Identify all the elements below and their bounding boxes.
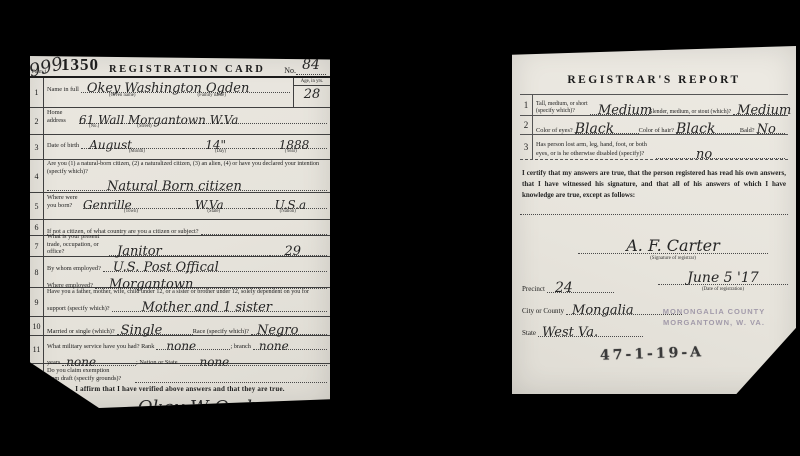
row-number: 7 — [30, 236, 44, 256]
birthplace-town-fill: Genrille — [83, 196, 179, 209]
row-number: 8 — [30, 257, 44, 287]
signature-row: 999 Okey W Ogden (Signature or mark) — [30, 393, 330, 415]
row-date-of-birth: 3 Date of birth August 14" 1888 (Month) … — [30, 135, 330, 160]
row-number: 6 — [30, 220, 44, 235]
registrant-signature: Okey W Ogden — [138, 397, 274, 418]
dob-month-value: August — [81, 139, 132, 151]
foreign-citizen-fill — [201, 234, 327, 235]
dependents-value: Mother and 1 sister — [112, 301, 272, 314]
row-number: 12 — [30, 364, 44, 383]
eyes-value: Black — [575, 122, 614, 136]
bald-label: Bald? — [740, 127, 757, 134]
row-disability: 3 Has person lost arm, leg, hand, foot, … — [520, 135, 788, 160]
dependents-label: Have you a father, mother, wife, child u… — [47, 289, 327, 297]
registrar-signature-line: A. F. Carter (Signature of registrar) — [578, 235, 768, 254]
row-disability-body: Has person lost arm, leg, hand, foot, or… — [533, 135, 788, 159]
dob-year-fill: 1888 — [253, 136, 327, 149]
row-dependents: 9 Have you a father, mother, wife, child… — [30, 288, 330, 317]
citizenship-label: Are you (1) a natural-born citizen, (2) … — [47, 161, 327, 176]
row-birthplace: 5 Where were you born? Genrille W.Va U.S… — [30, 193, 330, 220]
row-military-service-body: What military service have you had? Rank… — [44, 336, 330, 363]
trade-label: What is your present trade, occupation, … — [47, 233, 109, 256]
disability-fill: no — [656, 145, 785, 159]
eyes-fill: Black — [575, 119, 639, 134]
birthplace-label: Where were you born? — [47, 194, 83, 209]
row-trade: 7 What is your present trade, occupation… — [30, 236, 330, 257]
dependents-fill: Mother and 1 sister — [112, 298, 327, 312]
trade-fill: Janitor — [109, 242, 270, 256]
birthplace-state-fill: W.Va — [179, 196, 249, 209]
row-build: 1 Tall, medium, or short (specify which)… — [520, 95, 788, 116]
row-number: 3 — [30, 135, 44, 159]
row-date-of-birth-body: Date of birth August 14" 1888 (Month) (D… — [44, 135, 330, 159]
disability-value: no — [656, 148, 712, 161]
row-dependents-body: Have you a father, mother, wife, child u… — [44, 288, 330, 316]
row-home-address: 2 Home address 61 Wall Morgantown W.Va (… — [30, 108, 330, 135]
row-eyes-hair-body: Color of eyes? Black Color of hair? Blac… — [533, 116, 788, 134]
military-branch-label: ; branch — [230, 343, 252, 350]
citizenship-value: Natural Born citizen — [47, 180, 242, 193]
state-value: West Va. — [538, 326, 598, 339]
age-label: Age, in yrs. — [294, 78, 330, 86]
signature-line: Okey W Ogden (Signature or mark) — [88, 395, 324, 415]
stock-number: 1350 — [61, 55, 99, 75]
employer-fill: U.S. Post Offical — [103, 258, 327, 272]
row-eyes-hair: 2 Color of eyes? Black Color of hair? Bl… — [520, 116, 788, 135]
row-number: 1 — [30, 78, 44, 107]
eyes-label: Color of eyes? — [536, 127, 575, 134]
birthplace-town-value: Genrille — [83, 199, 132, 211]
county-stamp-line1: MONONGALIA COUNTY — [663, 307, 766, 316]
name-fill: Okey Washington Ogden — [81, 79, 290, 93]
trade-fill-2: 29 — [270, 242, 327, 256]
row-number: 1 — [520, 95, 533, 115]
height-label: Tall, medium, or short (specify which)? — [536, 101, 590, 115]
affirmation-text: I affirm that I have verified above answ… — [30, 383, 330, 393]
precinct-fill: 24 — [547, 278, 615, 293]
name-value: Okey Washington Ogden — [81, 82, 250, 95]
row-number: 4 — [30, 160, 44, 192]
build-fill: Medium — [733, 101, 785, 115]
employer-label: By whom employed? — [47, 265, 103, 272]
row-exemption: 12 Do you claim exemptionfrom draft (spe… — [30, 364, 330, 383]
city-county-label: City or County — [522, 307, 566, 315]
row-military-service: 11 What military service have you had? R… — [30, 336, 330, 364]
city-county-value: Mongalia — [566, 304, 634, 317]
hair-fill: Black — [676, 119, 740, 134]
citizenship-fill: Natural Born citizen — [47, 177, 327, 191]
race-label: Race (specify which)? — [193, 328, 251, 335]
row-citizenship: 4 Are you (1) a natural-born citizen, (2… — [30, 160, 330, 193]
dob-year-value: 1888 — [253, 139, 310, 151]
registrars-report-title: REGISTRAR'S REPORT — [512, 74, 796, 86]
age-box: Age, in yrs. 28 — [293, 78, 330, 107]
precinct-label: Precinct — [522, 285, 547, 293]
dob-label: Date of birth — [47, 142, 81, 149]
row-name-body: Name in full Okey Washington Ogden (Give… — [44, 78, 293, 107]
certification-text: I certify that my answers are true, that… — [522, 168, 786, 201]
row-build-body: Tall, medium, or short (specify which)? … — [533, 95, 788, 115]
name-label: Name in full — [47, 86, 81, 93]
hair-label: Color of hair? — [639, 127, 676, 134]
height-fill: Medium — [590, 101, 649, 115]
registrars-report-rows: 1 Tall, medium, or short (specify which)… — [520, 94, 788, 160]
card-no-value-wrap: 84 — [296, 56, 326, 75]
exemption-label: Do you claim exemptionfrom draft (specif… — [47, 367, 135, 383]
registration-date-value: June 5 '17 — [687, 270, 758, 286]
row-number: 3 — [520, 135, 533, 159]
precinct-value: 24 — [547, 281, 573, 295]
dob-day-value: 14" — [183, 139, 226, 151]
row-number: 5 — [30, 193, 44, 219]
home-address-label: Home address — [47, 109, 79, 124]
row-number: 2 — [520, 116, 533, 134]
age-value: 28 — [294, 88, 330, 101]
date-of-registration-line: June 5 '17 (Date of registration) — [658, 266, 788, 285]
row-home-address-body: Home address 61 Wall Morgantown W.Va (No… — [44, 108, 330, 134]
signature-caption: (Signature or mark) — [88, 416, 324, 421]
dob-month-fill: August — [81, 136, 183, 149]
report-bottom-section: Precinct 24 City or County Mongalia Stat… — [512, 258, 796, 378]
home-address-value: 61 Wall Morgantown W.Va — [79, 114, 238, 126]
county-stamp: MONONGALIA COUNTY MORGANTOWN, W. VA. — [634, 306, 794, 329]
except-as-follows-blank-line — [520, 213, 788, 215]
row-married-race: 10 Married or single (which)? Single Rac… — [30, 317, 330, 336]
military-branch-fill: none — [253, 337, 327, 350]
row-married-race-body: Married or single (which)? Single Race (… — [44, 317, 330, 335]
row-employer-body: By whom employed? U.S. Post Offical Wher… — [44, 257, 330, 287]
height-value: Medium — [590, 104, 652, 117]
military-rank-label: What military service have you had? Rank — [47, 343, 156, 350]
row-employer: 8 By whom employed? U.S. Post Offical Wh… — [30, 257, 330, 288]
printed-serial-number: 999 — [48, 397, 78, 415]
dob-day-fill: 14" — [183, 136, 253, 149]
where-employed-fill: Morgantown — [95, 275, 327, 289]
row-exemption-body: Do you claim exemptionfrom draft (specif… — [44, 364, 330, 383]
file-code-stamp: 47-1-19-A — [600, 344, 704, 364]
card-no-label: No. — [284, 66, 296, 75]
registration-card-header: Form 1 1350 REGISTRATION CARD No. 84 — [30, 56, 330, 78]
military-rank-value: none — [156, 340, 196, 352]
exemption-fill — [135, 382, 327, 383]
build-value: Medium — [733, 104, 791, 117]
card-no-value: 84 — [302, 57, 320, 73]
state-label: State — [522, 329, 538, 337]
registration-card: 999 Form 1 1350 REGISTRATION CARD No. 84… — [30, 56, 330, 408]
disability-label: Has person lost arm, leg, hand, foot, or… — [536, 141, 656, 159]
row-number: 2 — [30, 108, 44, 134]
row-number: 9 — [30, 288, 44, 316]
row-trade-body: What is your present trade, occupation, … — [44, 236, 330, 256]
county-stamp-line2: MORGANTOWN, W. VA. — [663, 318, 765, 327]
bald-fill: No — [757, 120, 785, 134]
married-label: Married or single (which)? — [47, 328, 117, 335]
hair-value: Black — [676, 122, 715, 136]
birthplace-state-value: W.Va — [179, 199, 224, 211]
birthplace-nation-value: U.S.a — [249, 199, 307, 211]
registration-date-caption: (Date of registration) — [658, 287, 788, 292]
row-name: 1 Name in full Okey Washington Ogden (Gi… — [30, 78, 330, 108]
military-rank-fill: none — [156, 337, 230, 350]
registrar-signature: A. F. Carter — [626, 236, 719, 255]
build-label: Slender, medium, or stout (which)? — [649, 109, 733, 115]
row-number: 10 — [30, 317, 44, 335]
military-branch-value: none — [253, 340, 289, 352]
birthplace-nation-fill: U.S.a — [249, 196, 327, 209]
employer-value: U.S. Post Offical — [103, 261, 219, 274]
bald-value: No — [757, 123, 776, 136]
row-birthplace-body: Where were you born? Genrille W.Va U.S.a… — [44, 193, 330, 219]
dependents-label-2: support (specify which)? — [47, 305, 112, 312]
home-address-fill: 61 Wall Morgantown W.Va — [79, 111, 327, 124]
registrars-report-card: REGISTRAR'S REPORT 1 Tall, medium, or sh… — [512, 46, 796, 394]
race-fill: Negro — [251, 321, 327, 335]
row-number: 11 — [30, 336, 44, 363]
married-fill: Single — [117, 321, 193, 335]
registration-card-title: REGISTRATION CARD — [109, 64, 265, 75]
row-citizenship-body: Are you (1) a natural-born citizen, (2) … — [44, 160, 330, 192]
state-fill: West Va. — [538, 323, 643, 337]
